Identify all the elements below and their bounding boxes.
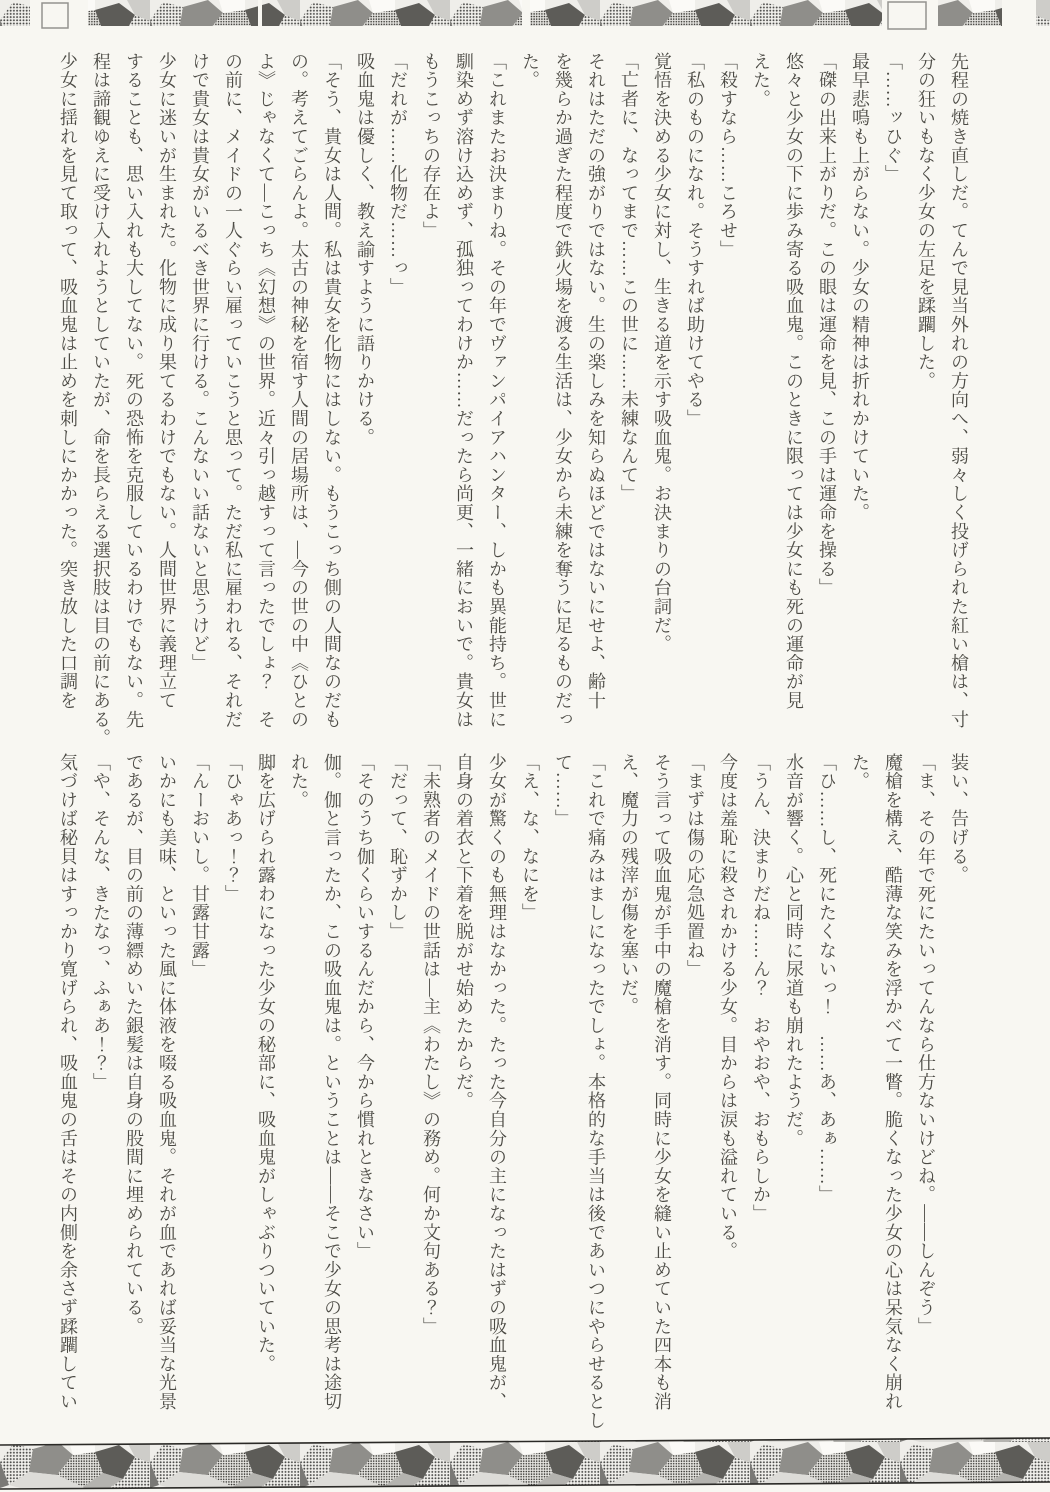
bottom-mosaic-border — [0, 1436, 1050, 1492]
text-column: であるが、目の前の薄縹めいた銀髪は自身の股間に埋められている。 — [117, 753, 150, 1437]
text-column: た。 — [513, 52, 546, 752]
text-column: 程は諦観ゆえに受け入れようとしていたが、命を長らえる選択肢は目の前にある。 — [84, 52, 117, 752]
text-column: 馴染めず溶け込めず、孤独ってわけか……だったら尚更、一緒においで。貴女は — [447, 52, 480, 752]
text-column: 「だれが……化物だ……っ」 — [381, 52, 414, 752]
text-column: 今度は羞恥に殺されかける少女。目からは涙も溢れている。 — [711, 753, 744, 1437]
text-column: 自身の着衣と下着を脱がせ始めたからだ。 — [447, 753, 480, 1437]
text-column: 「そう、貴女は人間。私は貴女を化物にはしない。もうこっち側の人間なのだも — [315, 52, 348, 752]
text-column: 悠々と少女の下に歩み寄る吸血鬼。このときに限っては少女にも死の運命が見 — [777, 52, 810, 752]
story-text-lower-block: 装い、告げる。 「ま、その年で死にたいってんなら仕方ないけどね。――しんぞう」 … — [51, 753, 975, 1437]
text-column: 「殺すなら……ころせ」 — [711, 52, 744, 752]
text-column: そう言って吸血鬼が手中の魔槍を消す。同時に少女を縫い止めていた四本も消 — [645, 753, 678, 1437]
text-column: 気づけば秘貝はすっかり寛げられ、吸血鬼の舌はその内側を余さず蹂躙してい — [51, 753, 84, 1437]
top-mosaic-border — [0, 0, 1050, 32]
text-column: 「私のものになれ。そうすれば助けてやる」 — [678, 52, 711, 752]
text-column: 吸血鬼は優しく、教え諭すように語りかける。 — [348, 52, 381, 752]
text-column: 先程の焼き直しだ。てんで見当外れの方向へ、弱々しく投げられた紅い槍は、寸 — [942, 52, 975, 752]
text-column: 「これまたお決まりね。その年でヴァンパイアハンター、しかも異能持ち。世に — [480, 52, 513, 752]
text-column: けで貴女は貴女がいるべき世界に行ける。こんないい話ないと思うけど」 — [183, 52, 216, 752]
text-column: 「ま、その年で死にたいってんなら仕方ないけどね。――しんぞう」 — [909, 753, 942, 1437]
text-column: 少女が驚くのも無理はなかった。たった今自分の主になったはずの吸血鬼が、 — [480, 753, 513, 1437]
story-text-upper-block: 先程の焼き直しだ。てんで見当外れの方向へ、弱々しく投げられた紅い槍は、寸 分の狂… — [51, 52, 975, 752]
text-column: いかにも美味、といった風に体液を啜る吸血鬼。それが血であれば妥当な光景 — [150, 753, 183, 1437]
text-column: の。考えてごらんよ。太古の神秘を宿す人間の居場所は、―今の世の中《ひとの — [282, 52, 315, 752]
text-column: た。 — [843, 753, 876, 1437]
text-column: 「まずは傷の応急処置ね」 — [678, 753, 711, 1437]
text-column: 「……ッひぐ」 — [876, 52, 909, 752]
text-column: 「ひゃあっ！？」 — [216, 753, 249, 1437]
text-column: 覚悟を決める少女に対し、生きる道を示す吸血鬼。お決まりの台詞だ。 — [645, 52, 678, 752]
text-column: 伽。伽と言ったか、この吸血鬼は。ということは――そこで少女の思考は途切 — [315, 753, 348, 1437]
text-column: 「んーおいし。甘露甘露」 — [183, 753, 216, 1437]
text-column: 「だって、恥ずかし」 — [381, 753, 414, 1437]
text-column: 「うん、決まりだね……ん？ おやおや、おもらしか」 — [744, 753, 777, 1437]
text-column: を幾らか過ぎた程度で鉄火場を渡る生活は、少女から未練を奪うに足るものだっ — [546, 52, 579, 752]
text-column: 「や、そんな、きたなっ、ふぁあ！？」 — [84, 753, 117, 1437]
text-column: よ》じゃなくて―こっち《幻想》の世界。近々引っ越すって言ったでしょ？ そ — [249, 52, 282, 752]
text-column: 分の狂いもなく少女の左足を蹂躙した。 — [909, 52, 942, 752]
text-column: 少女に揺れを見て取って、吸血鬼は止めを刺しにかかった。突き放した口調を — [51, 52, 84, 752]
text-column: 水音が響く。心と同時に尿道も崩れたようだ。 — [777, 753, 810, 1437]
text-column: え、魔力の残滓が傷を塞いだ。 — [612, 753, 645, 1437]
text-column: 「未熟者のメイドの世話は―主《わたし》の務め。何か文句ある？」 — [414, 753, 447, 1437]
text-column: 「磔の出来上がりだ。この眼は運命を見、この手は運命を操る」 — [810, 52, 843, 752]
text-column: えた。 — [744, 52, 777, 752]
text-column: 装い、告げる。 — [942, 753, 975, 1437]
text-column: 「これで痛みはましになったでしょ。本格的な手当は後であいつにやらせるとし — [579, 753, 612, 1437]
text-column: 脚を広げられ露わになった少女の秘部に、吸血鬼がしゃぶりついていた。 — [249, 753, 282, 1437]
text-column: 最早悲鳴も上がらない。少女の精神は折れかけていた。 — [843, 52, 876, 752]
text-column: 「ひ……し、死にたくないっ！ ……あ、あぁ……」 — [810, 753, 843, 1437]
text-column: 「え、な、なにを」 — [513, 753, 546, 1437]
text-column: することも、思い入れも大してない。死の恐怖を克服しているわけでもない。先 — [117, 52, 150, 752]
text-column: 魔槍を構え、酷薄な笑みを浮かべて一瞥。脆くなった少女の心は呆気なく崩れ — [876, 753, 909, 1437]
text-column: 「そのうち伽くらいするんだから、今から慣れときなさい」 — [348, 753, 381, 1437]
text-column: て……」 — [546, 753, 579, 1437]
text-column: もうこっちの存在よ」 — [414, 52, 447, 752]
text-column: れた。 — [282, 753, 315, 1437]
text-column: 「亡者に、なってまで……この世に……未練なんて」 — [612, 52, 645, 752]
text-column: 少女に迷いが生まれた。化物に成り果てるわけでもない。人間世界に義理立て — [150, 52, 183, 752]
text-column: の前に、メイドの一人ぐらい雇っていこうと思って。ただ私に雇われる、それだ — [216, 52, 249, 752]
text-column: それはただの強がりではない。生の楽しみを知らぬほどではないにせよ、齢十 — [579, 52, 612, 752]
